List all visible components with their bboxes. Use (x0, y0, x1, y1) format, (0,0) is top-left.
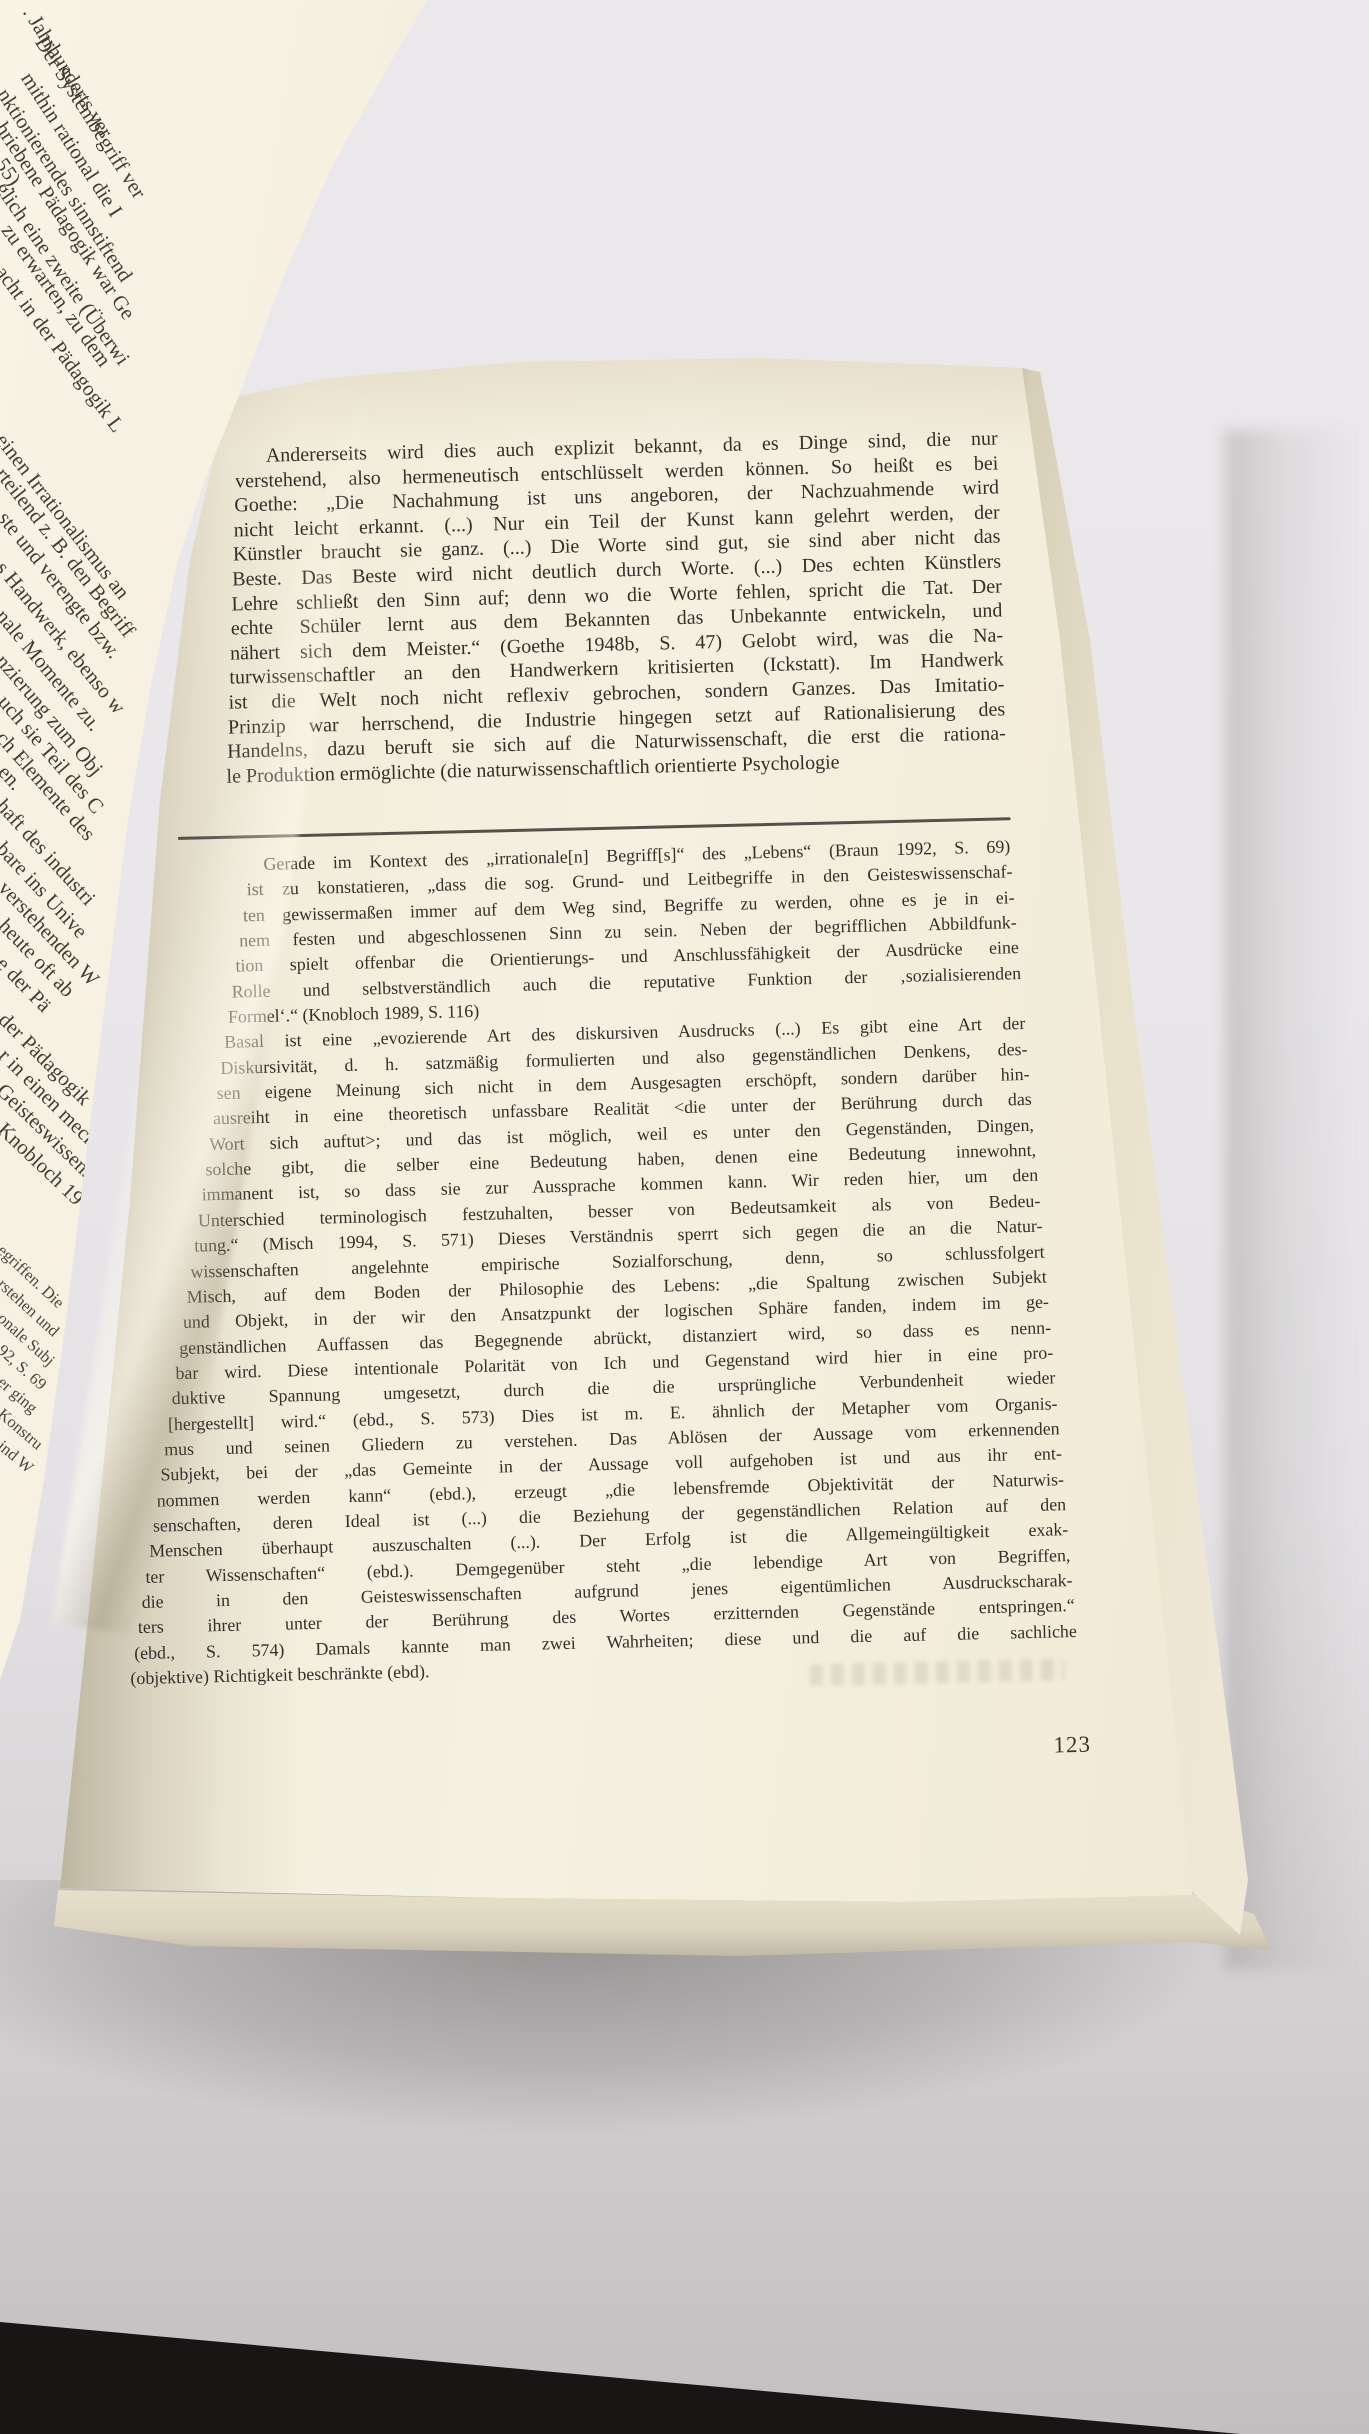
book-side-shadow (1225, 430, 1355, 1970)
show-through-smudge (809, 1658, 1064, 1686)
footnote-block: Gerade im Kontext des „irrationale[n] Be… (250, 833, 1079, 1688)
page-number: 123 (1053, 1732, 1091, 1759)
book-cast-shadow (0, 1880, 1369, 2400)
book-photo-scene: Andererseits wird dies auch explizit bek… (0, 0, 1369, 2434)
